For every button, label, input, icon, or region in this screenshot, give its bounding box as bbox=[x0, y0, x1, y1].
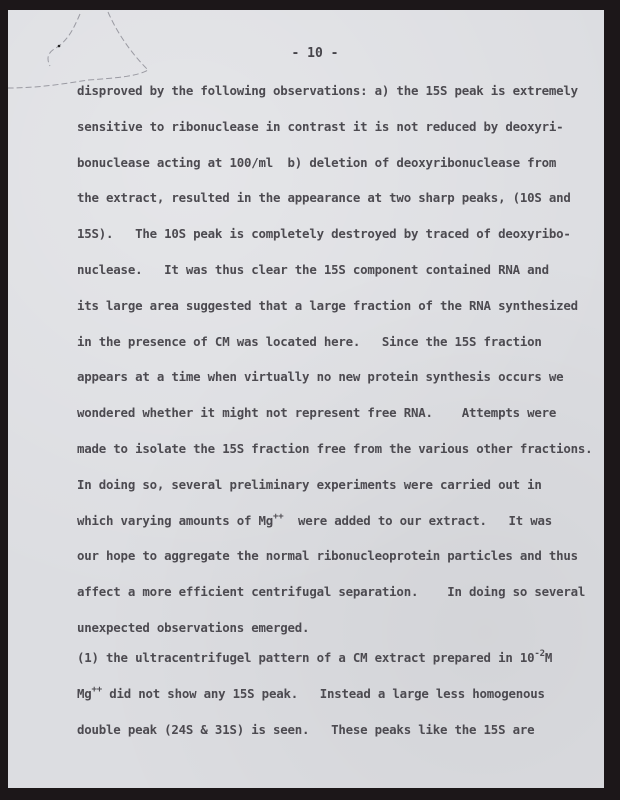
text-line: sensitive to ribonuclease in contrast it… bbox=[77, 117, 597, 153]
text-segment: (1) the ultracentrifugel pattern of a CM… bbox=[77, 650, 534, 665]
text-line: the extract, resulted in the appearance … bbox=[77, 188, 597, 224]
text-line: bonuclease acting at 100/ml b) deletion … bbox=[77, 153, 597, 189]
text-line: (1) the ultracentrifugel pattern of a CM… bbox=[77, 648, 597, 684]
text-line: nuclease. It was thus clear the 15S comp… bbox=[77, 260, 597, 296]
text-line: our hope to aggregate the normal ribonuc… bbox=[77, 546, 597, 582]
text-line: made to isolate the 15S fraction free fr… bbox=[77, 439, 597, 475]
text-line: affect a more efficient centrifugal sepa… bbox=[77, 582, 597, 618]
superscript: ++ bbox=[92, 685, 102, 695]
typed-body-text: disproved by the following observations:… bbox=[77, 81, 597, 755]
text-line: double peak (24S & 31S) is seen. These p… bbox=[77, 720, 597, 756]
text-segment: which varying amounts of Mg bbox=[77, 513, 273, 528]
text-line: unexpected observations emerged. bbox=[77, 618, 597, 648]
text-line: wondered whether it might not represent … bbox=[77, 403, 597, 439]
text-line: its large area suggested that a large fr… bbox=[77, 296, 597, 332]
text-line: in the presence of CM was located here. … bbox=[77, 332, 597, 368]
text-line: appears at a time when virtually no new … bbox=[77, 367, 597, 403]
text-segment: M bbox=[545, 650, 552, 665]
text-line: In doing so, several preliminary experim… bbox=[77, 475, 597, 511]
text-line: Mg++ did not show any 15S peak. Instead … bbox=[77, 684, 597, 720]
text-line: which varying amounts of Mg++ were added… bbox=[77, 511, 597, 547]
text-segment: did not show any 15S peak. Instead a lar… bbox=[102, 686, 545, 701]
document-page: - 10 - disproved by the following observ… bbox=[8, 10, 604, 788]
text-segment: were added to our extract. It was bbox=[283, 513, 552, 528]
superscript: -2 bbox=[534, 649, 544, 659]
page-number: - 10 - bbox=[8, 46, 604, 61]
text-line: disproved by the following observations:… bbox=[77, 81, 597, 117]
text-segment: Mg bbox=[77, 686, 92, 701]
text-line: 15S). The 10S peak is completely destroy… bbox=[77, 224, 597, 260]
superscript: ++ bbox=[273, 512, 283, 522]
